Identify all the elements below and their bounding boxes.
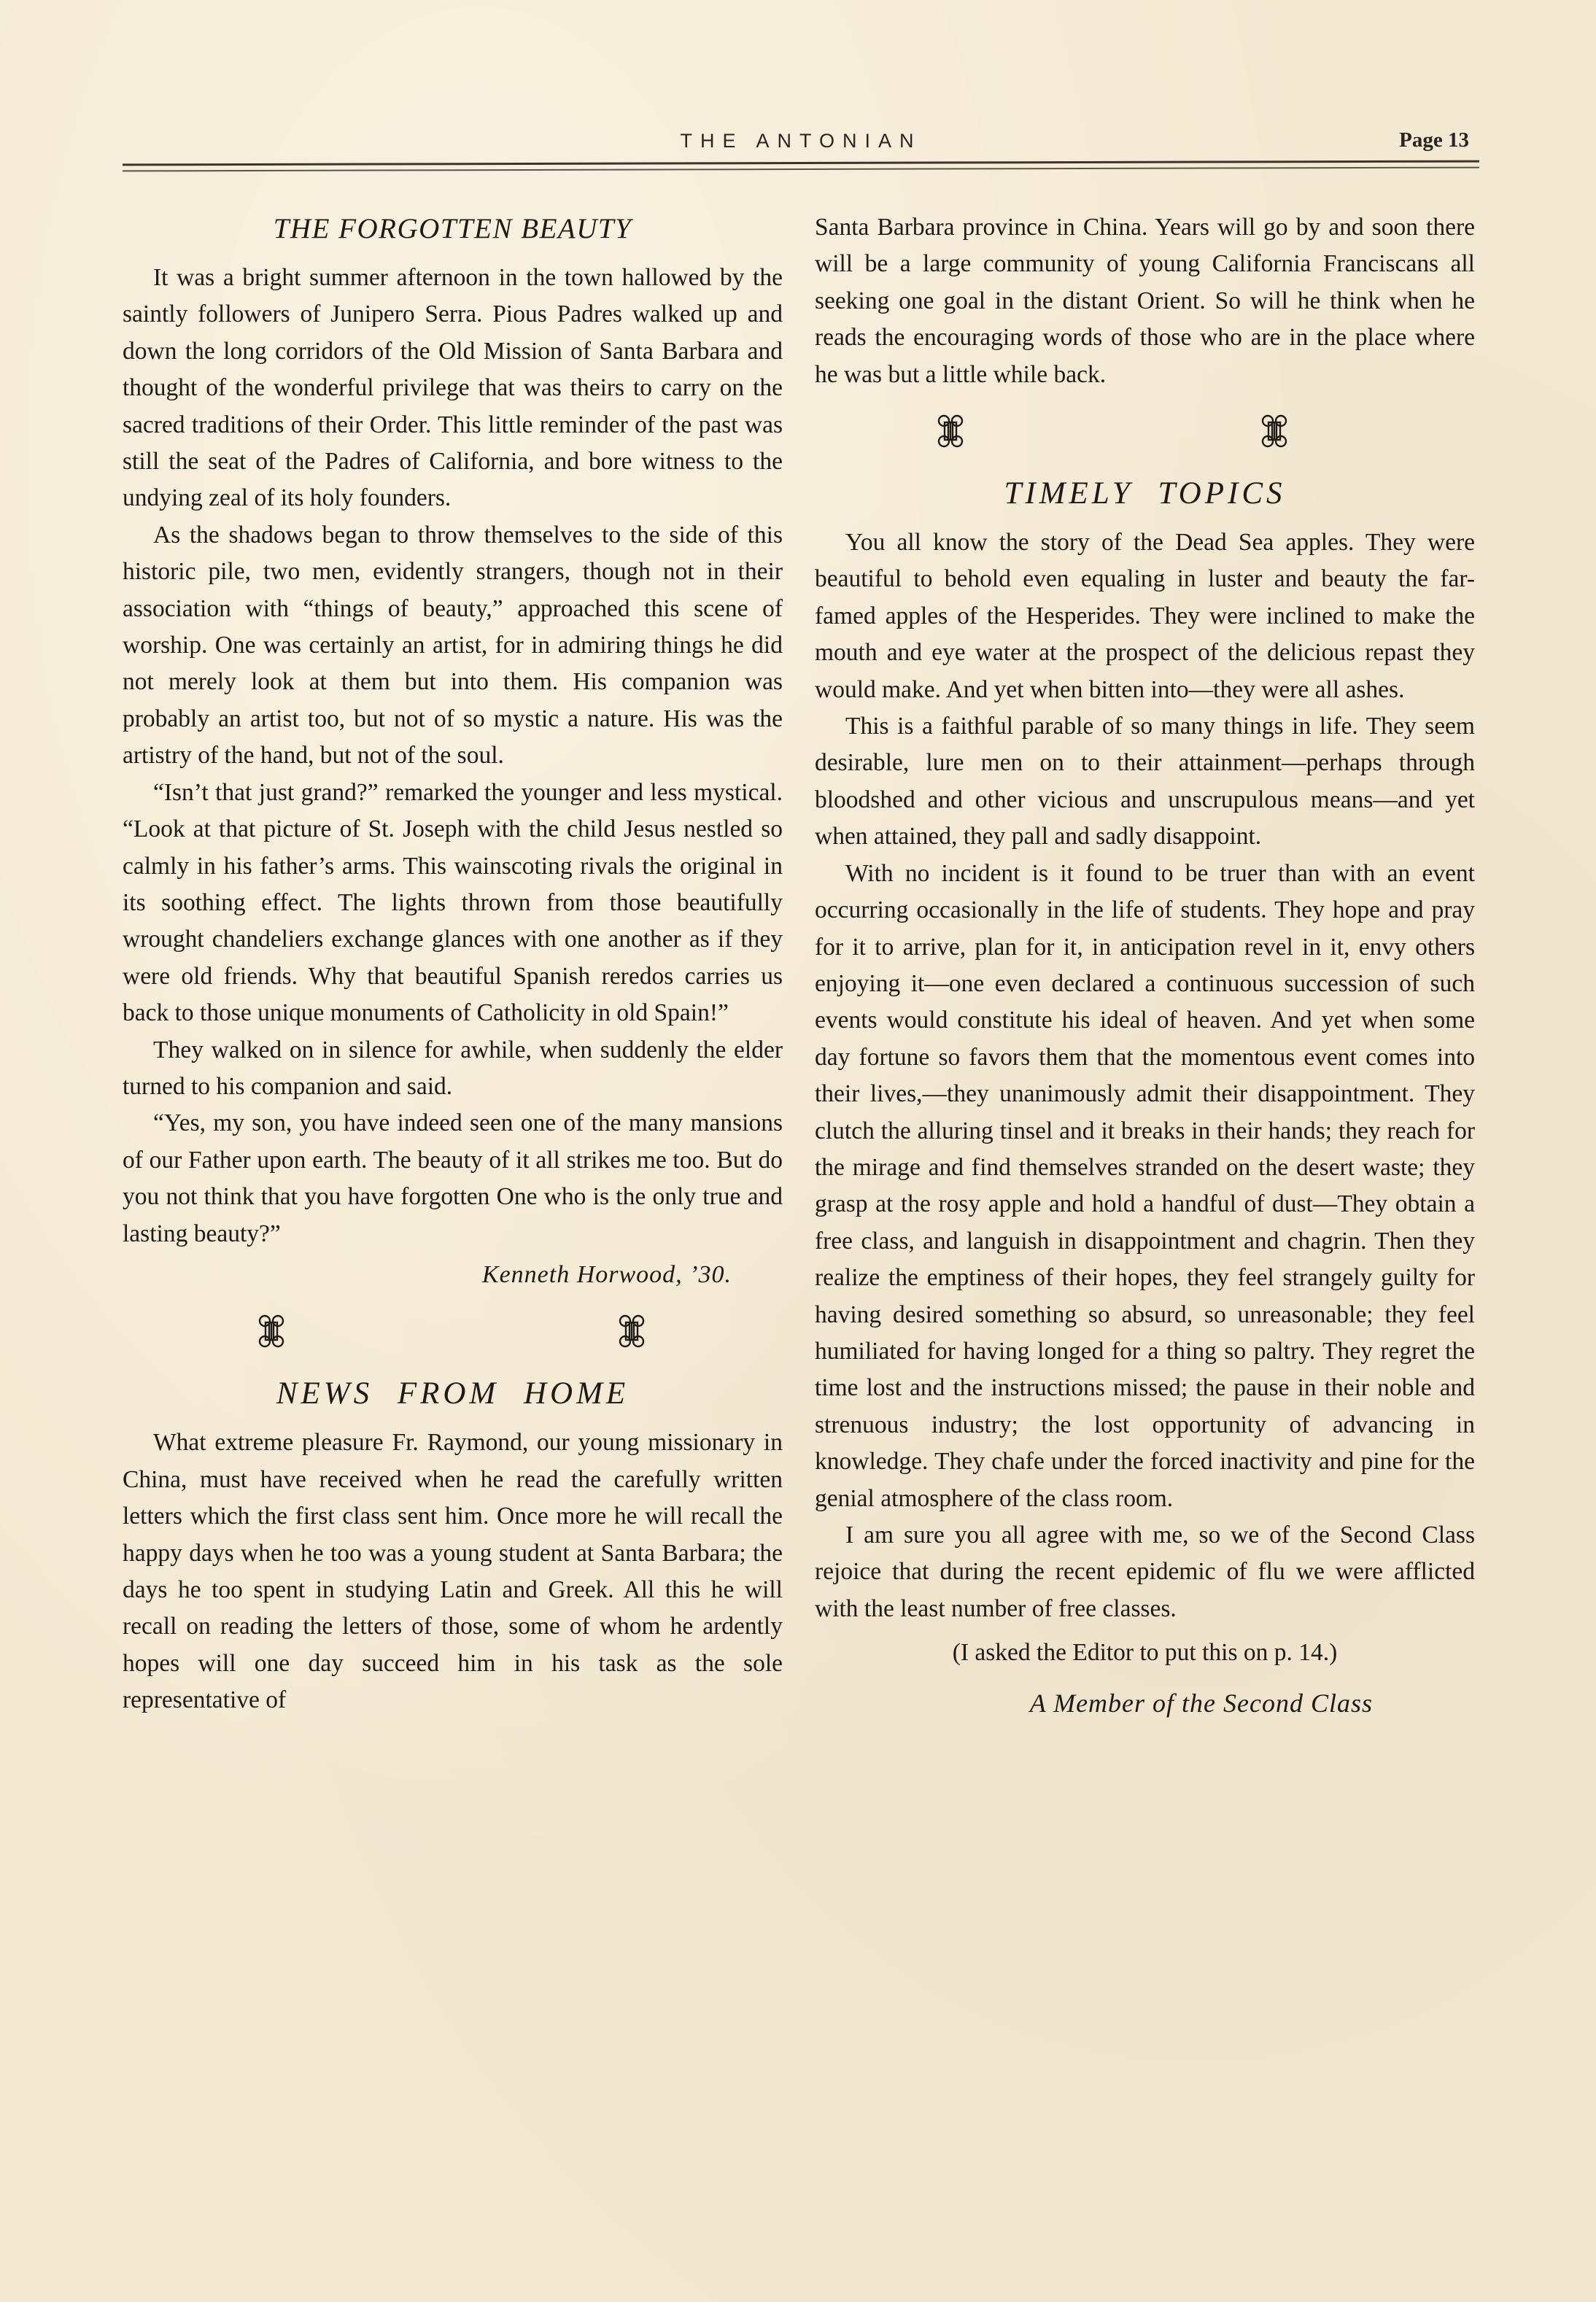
editor-note: (I asked the Editor to put this on p. 14… xyxy=(815,1635,1475,1671)
scroll-ornament-icon xyxy=(937,414,964,449)
paragraph: As the shadows began to throw themselves… xyxy=(123,517,783,775)
article-title-forgotten-beauty: THE FORGOTTEN BEAUTY xyxy=(123,209,783,249)
running-header: THE ANTONIAN Page 13 xyxy=(123,125,1479,169)
paragraph: “Yes, my son, you have indeed seen one o… xyxy=(123,1105,783,1252)
right-column: Santa Barbara province in China. Years w… xyxy=(815,209,1475,1721)
article-title-timely-topics: TIMELY TOPICS xyxy=(815,473,1475,514)
scroll-ornament-icon xyxy=(258,1314,284,1349)
magazine-page: THE ANTONIAN Page 13 THE FORGOTTEN BEAUT… xyxy=(0,0,1596,2302)
header-rule xyxy=(123,160,1479,172)
page-number: Page 13 xyxy=(1399,128,1469,152)
scroll-ornament-icon xyxy=(1261,414,1287,449)
paragraph: It was a bright summer afternoon in the … xyxy=(123,260,783,517)
paragraph: “Isn’t that just grand?” remarked the yo… xyxy=(123,775,783,1032)
paragraph: What extreme pleasure Fr. Raymond, our y… xyxy=(123,1425,783,1718)
byline: Kenneth Horwood, ’30. xyxy=(123,1257,783,1293)
paragraph: They walked on in silence for awhile, wh… xyxy=(123,1032,783,1106)
byline: A Member of the Second Class xyxy=(815,1685,1475,1721)
paragraph: With no incident is it found to be truer… xyxy=(815,856,1475,1517)
paragraph: You all know the story of the Dead Sea a… xyxy=(815,524,1475,708)
paragraph: I am sure you all agree with me, so we o… xyxy=(815,1517,1475,1627)
left-column: THE FORGOTTEN BEAUTY It was a bright sum… xyxy=(123,204,783,1719)
ornament-divider xyxy=(123,1309,783,1368)
article-title-news-from-home: NEWS FROM HOME xyxy=(123,1373,783,1414)
scroll-ornament-icon xyxy=(619,1314,645,1349)
paragraph: This is a faithful parable of so many th… xyxy=(815,708,1475,856)
paragraph-continued: Santa Barbara province in China. Years w… xyxy=(815,209,1475,393)
ornament-divider xyxy=(815,409,1475,468)
magazine-title: THE ANTONIAN xyxy=(123,130,1479,152)
